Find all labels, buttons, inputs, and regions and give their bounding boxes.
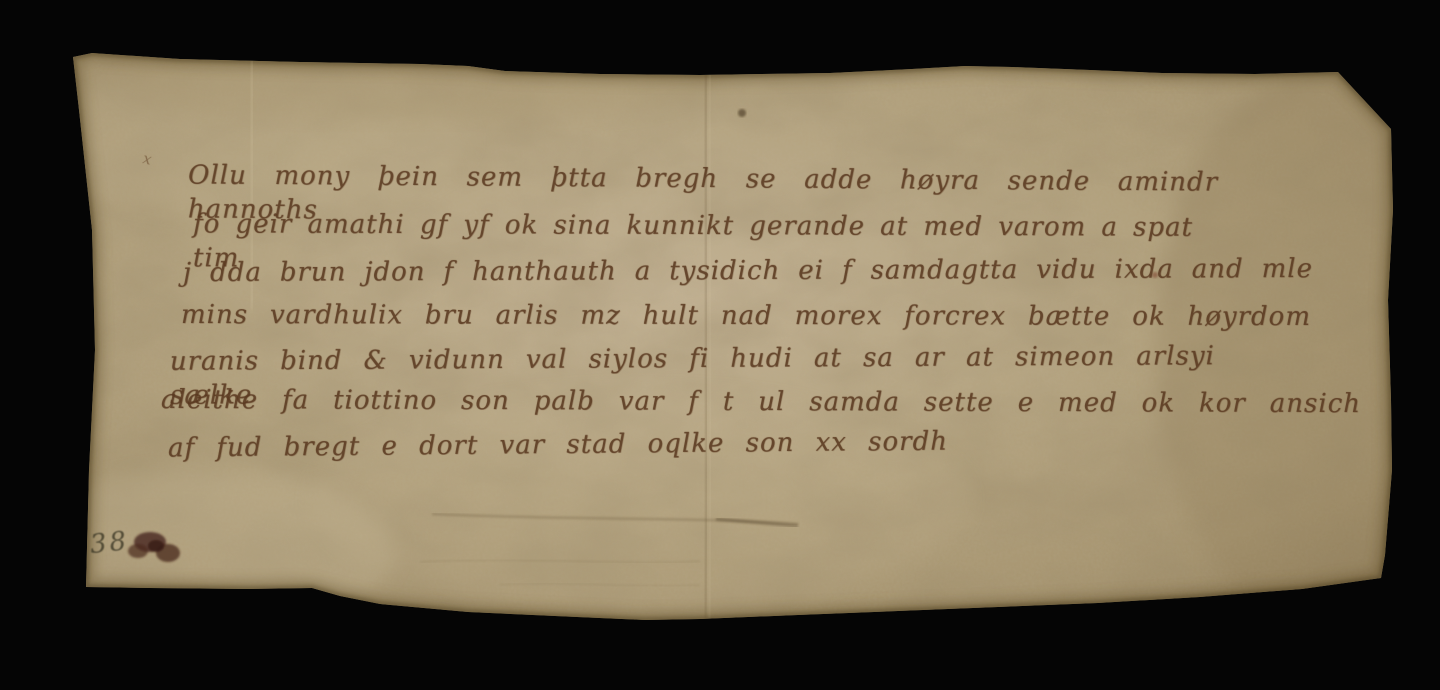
red-fleck-left-edge <box>75 583 85 593</box>
red-speck-right <box>1152 272 1158 278</box>
vertical-fold-shadow <box>705 60 707 618</box>
photograph-stage: x Ollu mony þein sem þtta bregh se adde … <box>0 0 1440 690</box>
parchment-texture-group <box>5 30 1440 650</box>
vertical-fold-left <box>251 60 253 310</box>
ink-speck-top <box>738 109 746 117</box>
parchment-photo <box>0 0 1440 690</box>
pale-patch-bottomcenter <box>310 390 970 610</box>
